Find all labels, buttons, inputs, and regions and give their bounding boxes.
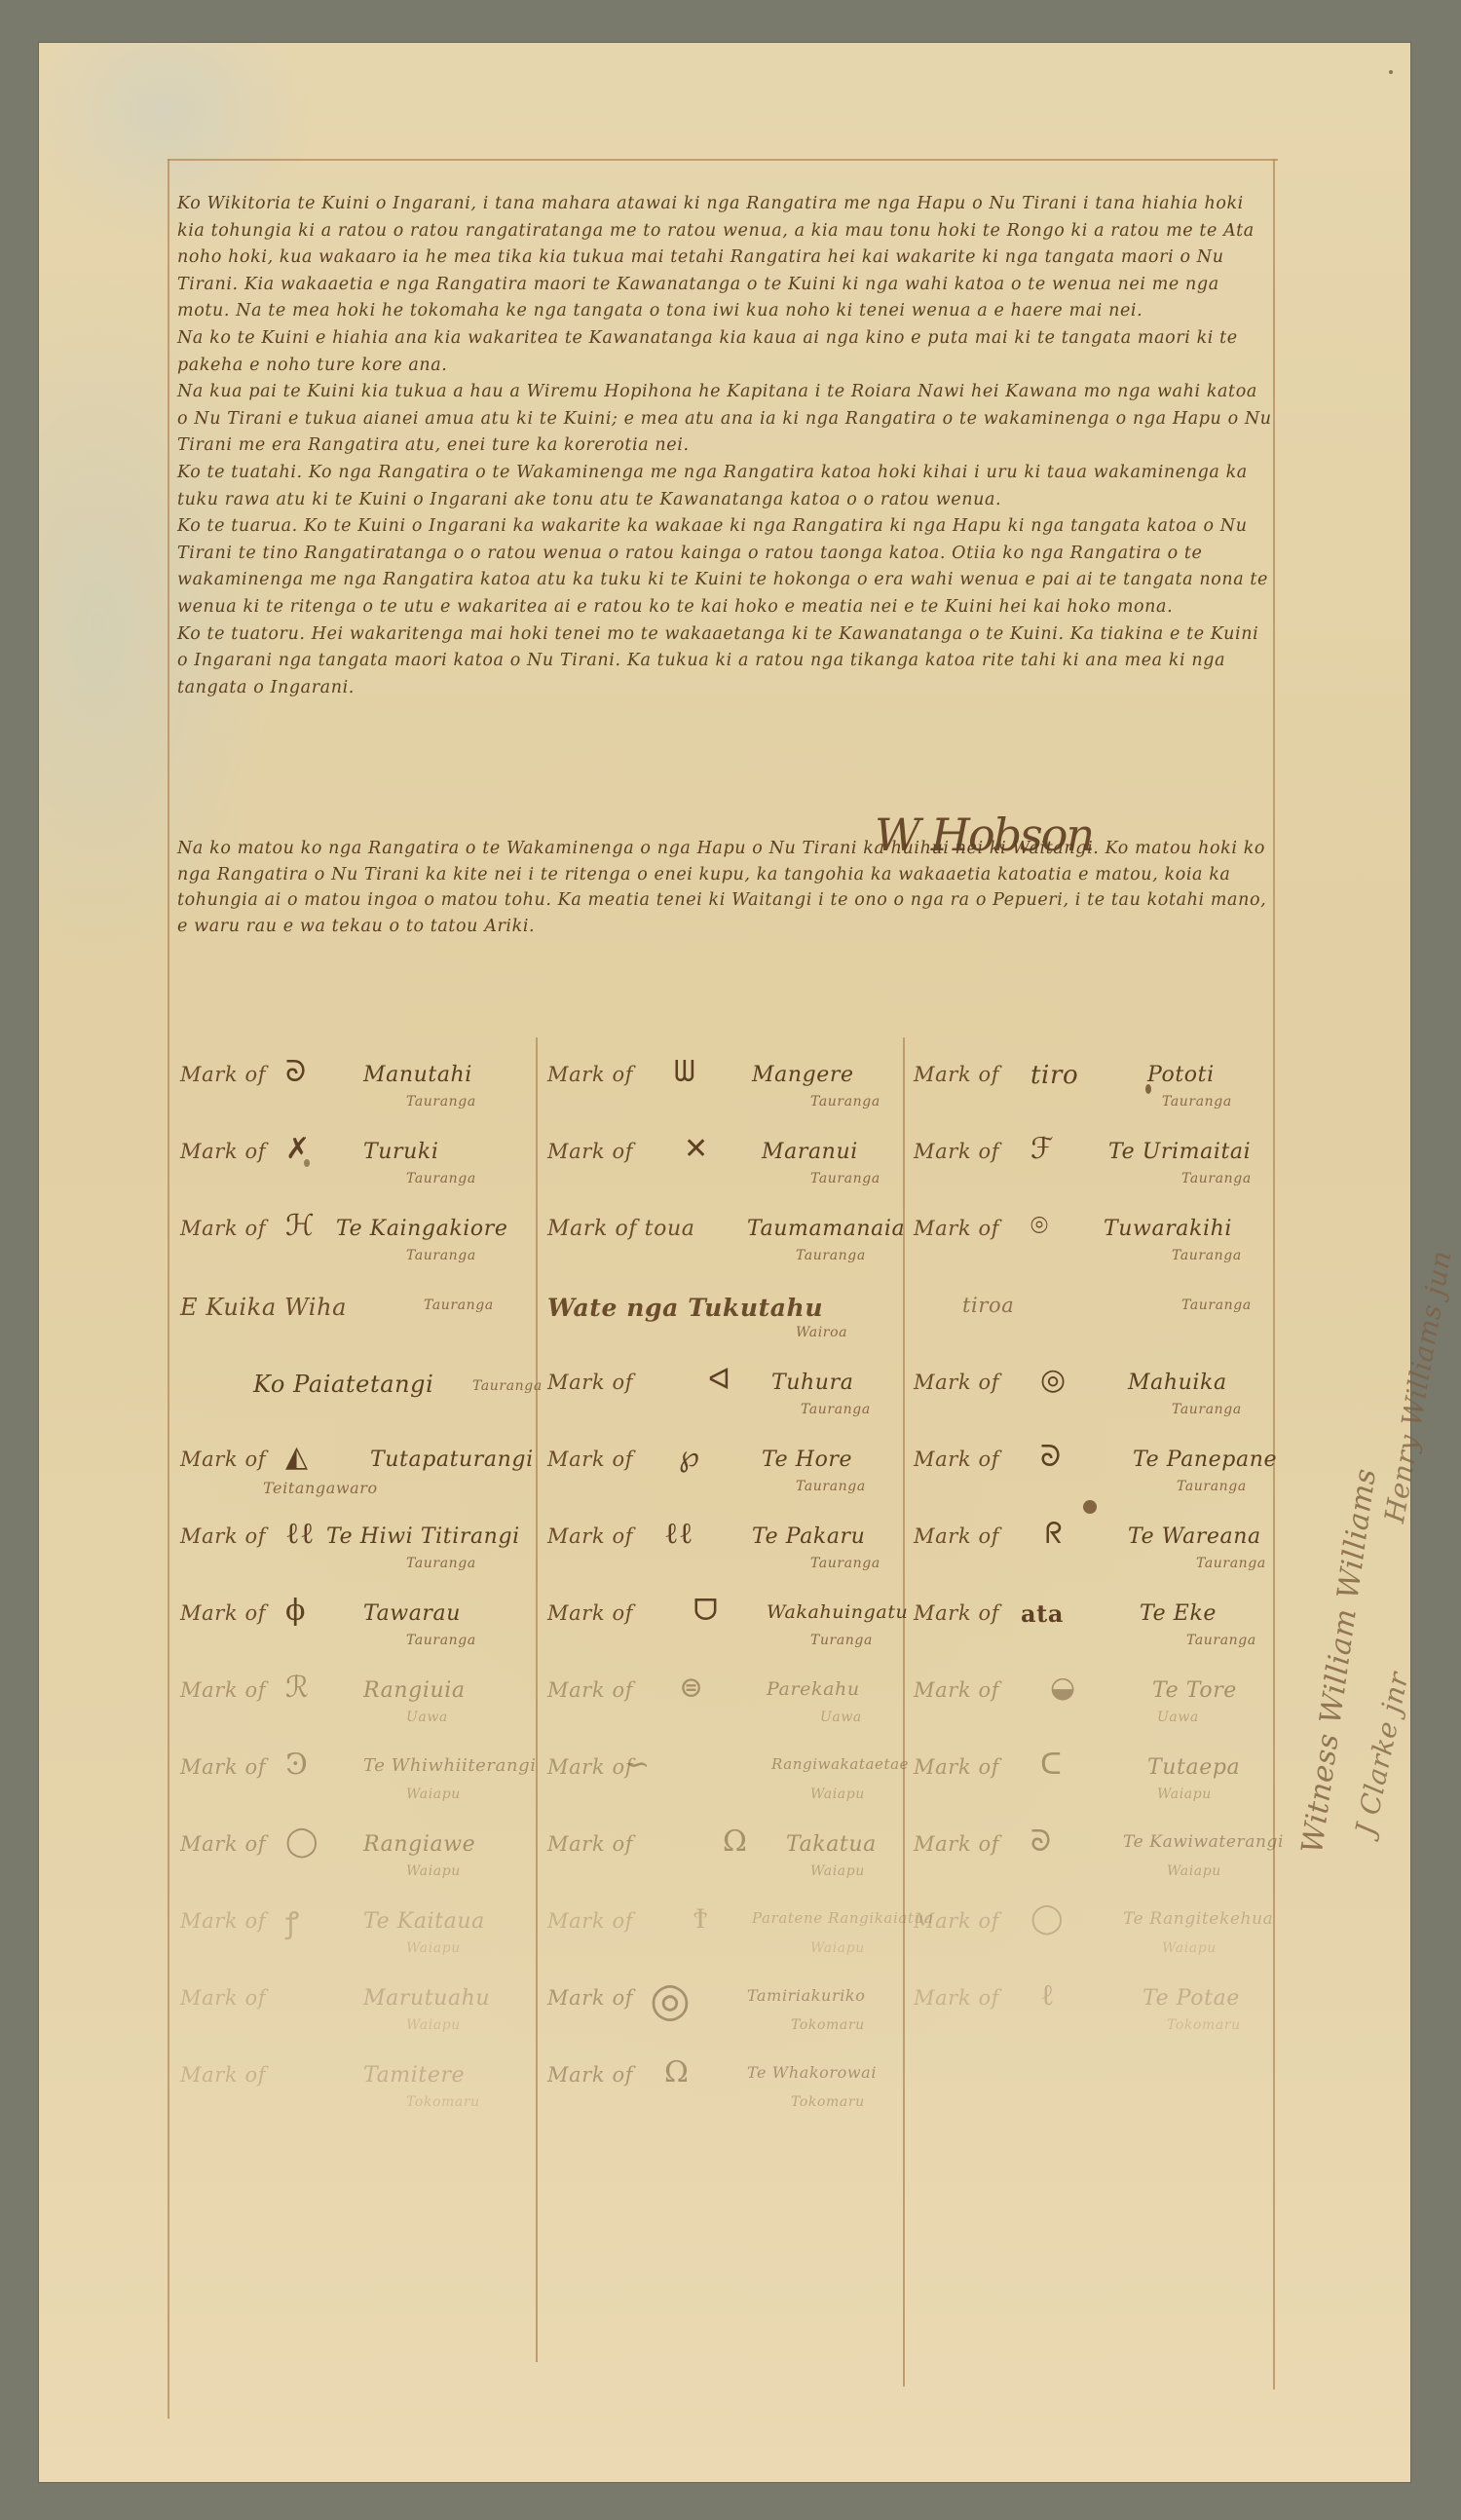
tribal-place: Tauranga [1186,1633,1256,1648]
moko-mark-icon: ◒ [1050,1671,1076,1705]
moko-mark-icon: ◯ [1030,1901,1064,1936]
signatory-row: Mark of◯Te RangitekehuaWaiapu [914,1903,1269,1980]
chief-name: Te Whakorowai [747,2063,877,2082]
signatory-row: Mark ofϿTe WhiwhiiterangiWaiapu [180,1749,536,1826]
frame-top-border [168,159,1278,161]
chief-name: Tuhura [771,1371,853,1395]
mark-label: Mark of [180,1140,266,1163]
tribal-place: Tauranga [1172,1402,1242,1417]
mark-label: Mark of [547,2063,633,2087]
treaty-paragraph-2: Na ko te Kuini e hiahia ana kia wakarite… [177,325,1273,379]
mark-label: Mark of [914,1371,999,1394]
tribal-place: Tauranga [406,1094,476,1110]
tribal-place: Tauranga [1196,1556,1266,1571]
mark-label: E Kuika Wiha [180,1294,347,1321]
chief-name: Maranui [762,1140,858,1164]
signatory-row: Mark ofΩTe WhakorowaiTokomaru [547,2057,903,2134]
mark-label: Mark of [547,1678,633,1702]
signatory-row: Mark of✕MaranuiTauranga [547,1134,903,1211]
mark-label: Mark of [547,1371,633,1394]
tribal-place: Uawa [406,1710,448,1725]
treaty-article-3: Ko te tuatoru. Hei wakaritenga mai hoki … [177,621,1273,702]
mark-label: Mark of [914,1217,999,1240]
moko-mark-icon: ᗜ [693,1594,719,1628]
moko-mark-icon: ata [1021,1599,1064,1628]
treaty-preamble: Ko Wikitoria te Kuini o Ingarani, i tana… [177,191,1273,325]
tribal-place: Waiapu [810,1863,865,1879]
treaty-article-1: Ko te tuatahi. Ko nga Rangatira o te Wak… [177,460,1273,513]
tribal-place: Tauranga [810,1094,880,1110]
chiefs-declaration-block: Na ko matou ko nga Rangatira o te Wakami… [177,836,1273,939]
chief-name: Te Whiwhiiterangi [363,1755,537,1776]
tribal-place: Tauranga [801,1402,871,1417]
signatory-row: Ko PaiatetangiTauranga [180,1365,536,1442]
signatory-row: Mark of✗TurukiTauranga [180,1134,536,1211]
signatory-column-1: Mark ofᘐManutahiTauranga Mark of✗TurukiT… [180,1057,536,2134]
mark-label: Mark of [180,2063,266,2087]
moko-mark-icon: ◭ [285,1440,309,1474]
tribal-place: Tauranga [406,1556,476,1571]
moko-mark-icon: Ͽ [285,1748,309,1782]
chief-name: Mangere [752,1063,854,1087]
chief-name: Te Tore [1152,1678,1237,1703]
mark-label: Mark of [180,1678,266,1702]
chief-name: Taumamanaia [747,1217,905,1241]
moko-mark-icon: ᘐ [285,1055,307,1089]
mark-label: Mark of [180,1448,266,1471]
chief-name: Te Urimaitai [1108,1140,1251,1164]
mark-label: Mark of [180,1524,266,1548]
tribal-place: Wairoa [796,1325,847,1340]
chief-name: Tutapaturangi [370,1448,534,1472]
chief-name: Te Rangitekehua [1123,1909,1273,1929]
tribal-place: Teitangawaro [263,1479,378,1497]
chief-name: Te Hiwi Titirangi [326,1524,520,1549]
tribal-place: Waiapu [406,1863,461,1879]
tribal-place: Tauranga [406,1633,476,1648]
tribal-place: Tauranga [1181,1171,1252,1186]
moko-mark-icon: ℓℓ [664,1517,693,1551]
moko-mark-icon: ᖇ [1045,1517,1063,1551]
signatory-row: Mark ofℓℓTe Hiwi TitirangiTauranga [180,1519,536,1596]
chief-name: Te Kawiwaterangi [1123,1832,1284,1852]
mark-label: Mark of [180,1832,266,1856]
chief-name: Te Wareana [1128,1524,1261,1549]
mark-label: Mark of [547,1601,633,1625]
signatory-row: Mark ofΩTakatuaWaiapu [547,1826,903,1903]
moko-mark-icon: ᑕ [1040,1748,1063,1782]
tribal-place: Waiapu [1167,1863,1221,1879]
tribal-place: Waiapu [406,1940,461,1956]
chief-name: Marutuahu [363,1986,490,2011]
moko-mark-icon: Ϯ [693,1901,708,1936]
treaty-paragraph-3: Na kua pai te Kuini kia tukua a hau a Wi… [177,379,1273,460]
mark-label: Mark of [914,1448,999,1471]
mark-label: Mark of [914,1755,999,1779]
mark-label: tiroa [962,1294,1014,1317]
ink-spot [1145,1084,1151,1094]
mark-label: Mark of [914,1909,999,1933]
mark-label: Mark of [914,1063,999,1086]
moko-mark-icon: Ω [664,2055,689,2089]
mark-label: Mark of [547,1909,633,1933]
tribal-place: Waiapu [1157,1787,1212,1802]
chief-name: Te Hore [762,1448,852,1472]
chief-name: Te Pakaru [752,1524,865,1549]
signatory-row: Mark of⊜ParekahuUawa [547,1673,903,1749]
tribal-place: Tauranga [810,1171,880,1186]
ink-spot [1083,1500,1097,1514]
tribal-place: Turanga [810,1633,873,1648]
tribal-place: Tauranga [1162,1094,1232,1110]
moko-mark-icon: ℓℓ [285,1517,315,1551]
chief-name: Tamiriakuriko [747,1986,865,2005]
chief-name: Rangiuia [363,1678,466,1703]
moko-mark-icon: ◎ [1040,1363,1067,1397]
mark-label: Mark of [547,1063,633,1086]
chief-name: Turuki [363,1140,439,1164]
mark-label: Mark of [180,1755,266,1779]
moko-mark-icon: ℋ [285,1209,315,1243]
signatory-row: Mark ofᐊTuhuraTauranga [547,1365,903,1442]
signatory-row: Mark ofMarutuahuWaiapu [180,1980,536,2057]
signatory-row: Mark of◎MahuikaTauranga [914,1365,1269,1442]
moko-mark-icon: ᘐ [1040,1440,1062,1474]
mark-label: Mark of [914,1601,999,1625]
tribal-place: Tokomaru [791,2017,865,2033]
mark-label: Mark of [914,1140,999,1163]
moko-mark-icon: ᗯ [674,1055,695,1089]
signatory-row: Mark oftiroPototiTauranga [914,1057,1269,1134]
signatory-row: Mark ofᘐManutahiTauranga [180,1057,536,1134]
chief-name: Te Kaingakiore [336,1217,507,1241]
signatory-row: Mark ofᑕTutaepaWaiapu [914,1749,1269,1826]
mark-label: Mark of [547,1986,633,2010]
signatory-row: Mark ofᖇTe WareanaTauranga [914,1519,1269,1596]
signatory-row: Mark ofℛRangiuiaUawa [180,1673,536,1749]
chief-name: Mahuika [1128,1371,1227,1395]
tribal-place: Tauranga [406,1248,476,1263]
moko-mark-icon: ◎ [650,1973,691,2027]
tribal-place: Tauranga [796,1479,866,1494]
chief-name: Takatua [786,1832,877,1857]
mark-label: Mark of [547,1524,633,1548]
signatory-row: Mark of◒Te ToreUawa [914,1673,1269,1749]
chief-name: Rangiwakataetae [771,1755,909,1773]
tribal-place: Waiapu [810,1787,865,1802]
moko-mark-icon: ✕ [684,1132,709,1166]
moko-mark-icon: ᘐ [1030,1824,1052,1859]
moko-mark-icon: ᐊ [708,1363,731,1397]
tribal-place: Tauranga [1172,1248,1242,1263]
tribal-place: Tokomaru [791,2094,865,2110]
mark-label: Mark of [547,1448,633,1471]
moko-mark-icon: ⌾ [1030,1209,1049,1243]
signatory-row: E Kuika WihaTauranga [180,1288,536,1365]
chief-name: Tutaepa [1147,1755,1240,1780]
signatory-row: Mark ofTamitereTokomaru [180,2057,536,2134]
chief-name: Rangiawe [363,1832,475,1857]
mark-label: Mark of [180,1063,266,1086]
mark-label: Mark of [914,1986,999,2010]
ink-spot [304,1159,310,1167]
signatory-row: Mark ofꝭTe KaitauaWaiapu [180,1903,536,1980]
tribal-place: Uawa [1157,1710,1199,1725]
ink-spot [1389,70,1393,74]
signatory-row: Mark ofϕTawarauTauranga [180,1596,536,1673]
moko-mark-icon: ℛ [285,1671,310,1705]
mark-label: Mark of [547,1140,633,1163]
mark-label: Wate nga Tukutahu [547,1294,823,1322]
chief-name: Wakahuingatu [767,1601,908,1623]
signatory-row: Mark of◎TamiriakurikoTokomaru [547,1980,903,2057]
chief-name: Parekahu [767,1678,860,1700]
mark-label: Mark of [547,1755,633,1779]
mark-label: Mark of [180,1986,266,2010]
signatory-row: Mark of∽RangiwakataetaeWaiapu [547,1749,903,1826]
tribal-place: Waiapu [406,1787,461,1802]
mark-label: Mark of [180,1217,266,1240]
signatory-row: Mark ofataTe EkeTauranga [914,1596,1269,1673]
signatory-column-3: Mark oftiroPototiTauranga Mark ofℱTe Uri… [914,1057,1269,2057]
tribal-place: Tokomaru [406,2094,480,2110]
moko-mark-icon: ⊜ [679,1671,704,1705]
moko-mark-icon: ℘ [679,1440,700,1474]
tribal-place: Tauranga [1177,1479,1247,1494]
signatory-row: tiroaTauranga [914,1288,1269,1365]
tribal-place: Tauranga [796,1248,866,1263]
signatory-row: Mark ofℓℓTe PakaruTauranga [547,1519,903,1596]
moko-mark-icon: ϕ [285,1594,306,1628]
signatory-row: Mark ofᗯMangereTauranga [547,1057,903,1134]
mark-label: Mark of [914,1832,999,1856]
frame-right-border [1273,159,1275,2389]
moko-mark-icon: ℱ [1030,1132,1054,1166]
tribal-place: Tauranga [424,1298,494,1313]
mark-label: Mark of [180,1601,266,1625]
signatory-column-2: Mark ofᗯMangereTauranga Mark of✕MaranuiT… [547,1057,903,2134]
moko-mark-icon: ℓ [1040,1978,1055,2012]
mark-label: Mark of [914,1524,999,1548]
column-divider-1 [536,1037,538,2362]
chief-name: Tawarau [363,1601,461,1626]
signatory-row: Mark of℘Te HoreTauranga [547,1442,903,1519]
mark-label: Mark of [914,1678,999,1702]
signatory-row: Mark of◭TutapaturangiTeitangawaro [180,1442,536,1519]
chief-name: Te Kaitaua [363,1909,485,1934]
chief-name: Tamitere [363,2063,465,2087]
moko-mark-icon: ꝭ [285,1901,300,1941]
chief-name: Pototi [1147,1063,1215,1087]
mark-label: Mark of [547,1832,633,1856]
tribal-place: Tauranga [406,1171,476,1186]
moko-mark-icon: ◯ [285,1824,318,1859]
signatory-row: Mark ofℋTe KaingakioreTauranga [180,1211,536,1288]
tribal-place: Waiapu [406,2017,461,2033]
chief-name: Tuwarakihi [1104,1217,1232,1241]
signatory-row: Mark of⌾TuwarakihiTauranga [914,1211,1269,1288]
tribal-place: Uawa [820,1710,862,1725]
chief-name: Ko Paiatetangi [253,1371,433,1398]
chief-name: Paratene Rangikaiatua [752,1909,933,1927]
chief-name: Te Eke [1140,1601,1217,1626]
tribal-place: Waiapu [1162,1940,1217,1956]
chief-name: Te Panepane [1133,1448,1277,1472]
tribal-place: Tokomaru [1167,2017,1241,2033]
signatory-row: Mark of◯RangiaweWaiapu [180,1826,536,1903]
chief-name: Manutahi [363,1063,472,1087]
tribal-place: Tauranga [1181,1298,1252,1313]
moko-mark-icon: ∽ [625,1748,651,1782]
tribal-place: Waiapu [810,1940,865,1956]
treaty-article-2: Ko te tuarua. Ko te Kuini o Ingarani ka … [177,513,1273,621]
chief-name: Te Potae [1143,1986,1240,2011]
signatory-row: Mark ofᘐTe KawiwaterangiWaiapu [914,1826,1269,1903]
treaty-text: Ko Wikitoria te Kuini o Ingarani, i tana… [177,191,1273,701]
signatory-row: Mark ofℱTe UrimaitaiTauranga [914,1134,1269,1211]
signatory-row: Mark ofℓTe PotaeTokomaru [914,1980,1269,2057]
signatory-row: Mark ofᗜWakahuingatuTuranga [547,1596,903,1673]
mark-label: Mark of [180,1909,266,1933]
moko-mark-icon: tiro [1030,1061,1078,1090]
signatory-row: Mark ofϮParatene RangikaiatuaWaiapu [547,1903,903,1980]
tribal-place: Tauranga [810,1556,880,1571]
signatory-row: Mark of touaTaumamanaiaTauranga [547,1211,903,1288]
tribal-place: Tauranga [472,1378,543,1394]
moko-mark-icon: Ω [723,1824,747,1859]
signatory-row: Wate nga TukutahuWairoa [547,1288,903,1365]
mark-label: Mark of toua [547,1217,694,1241]
frame-left-border [168,159,169,2419]
